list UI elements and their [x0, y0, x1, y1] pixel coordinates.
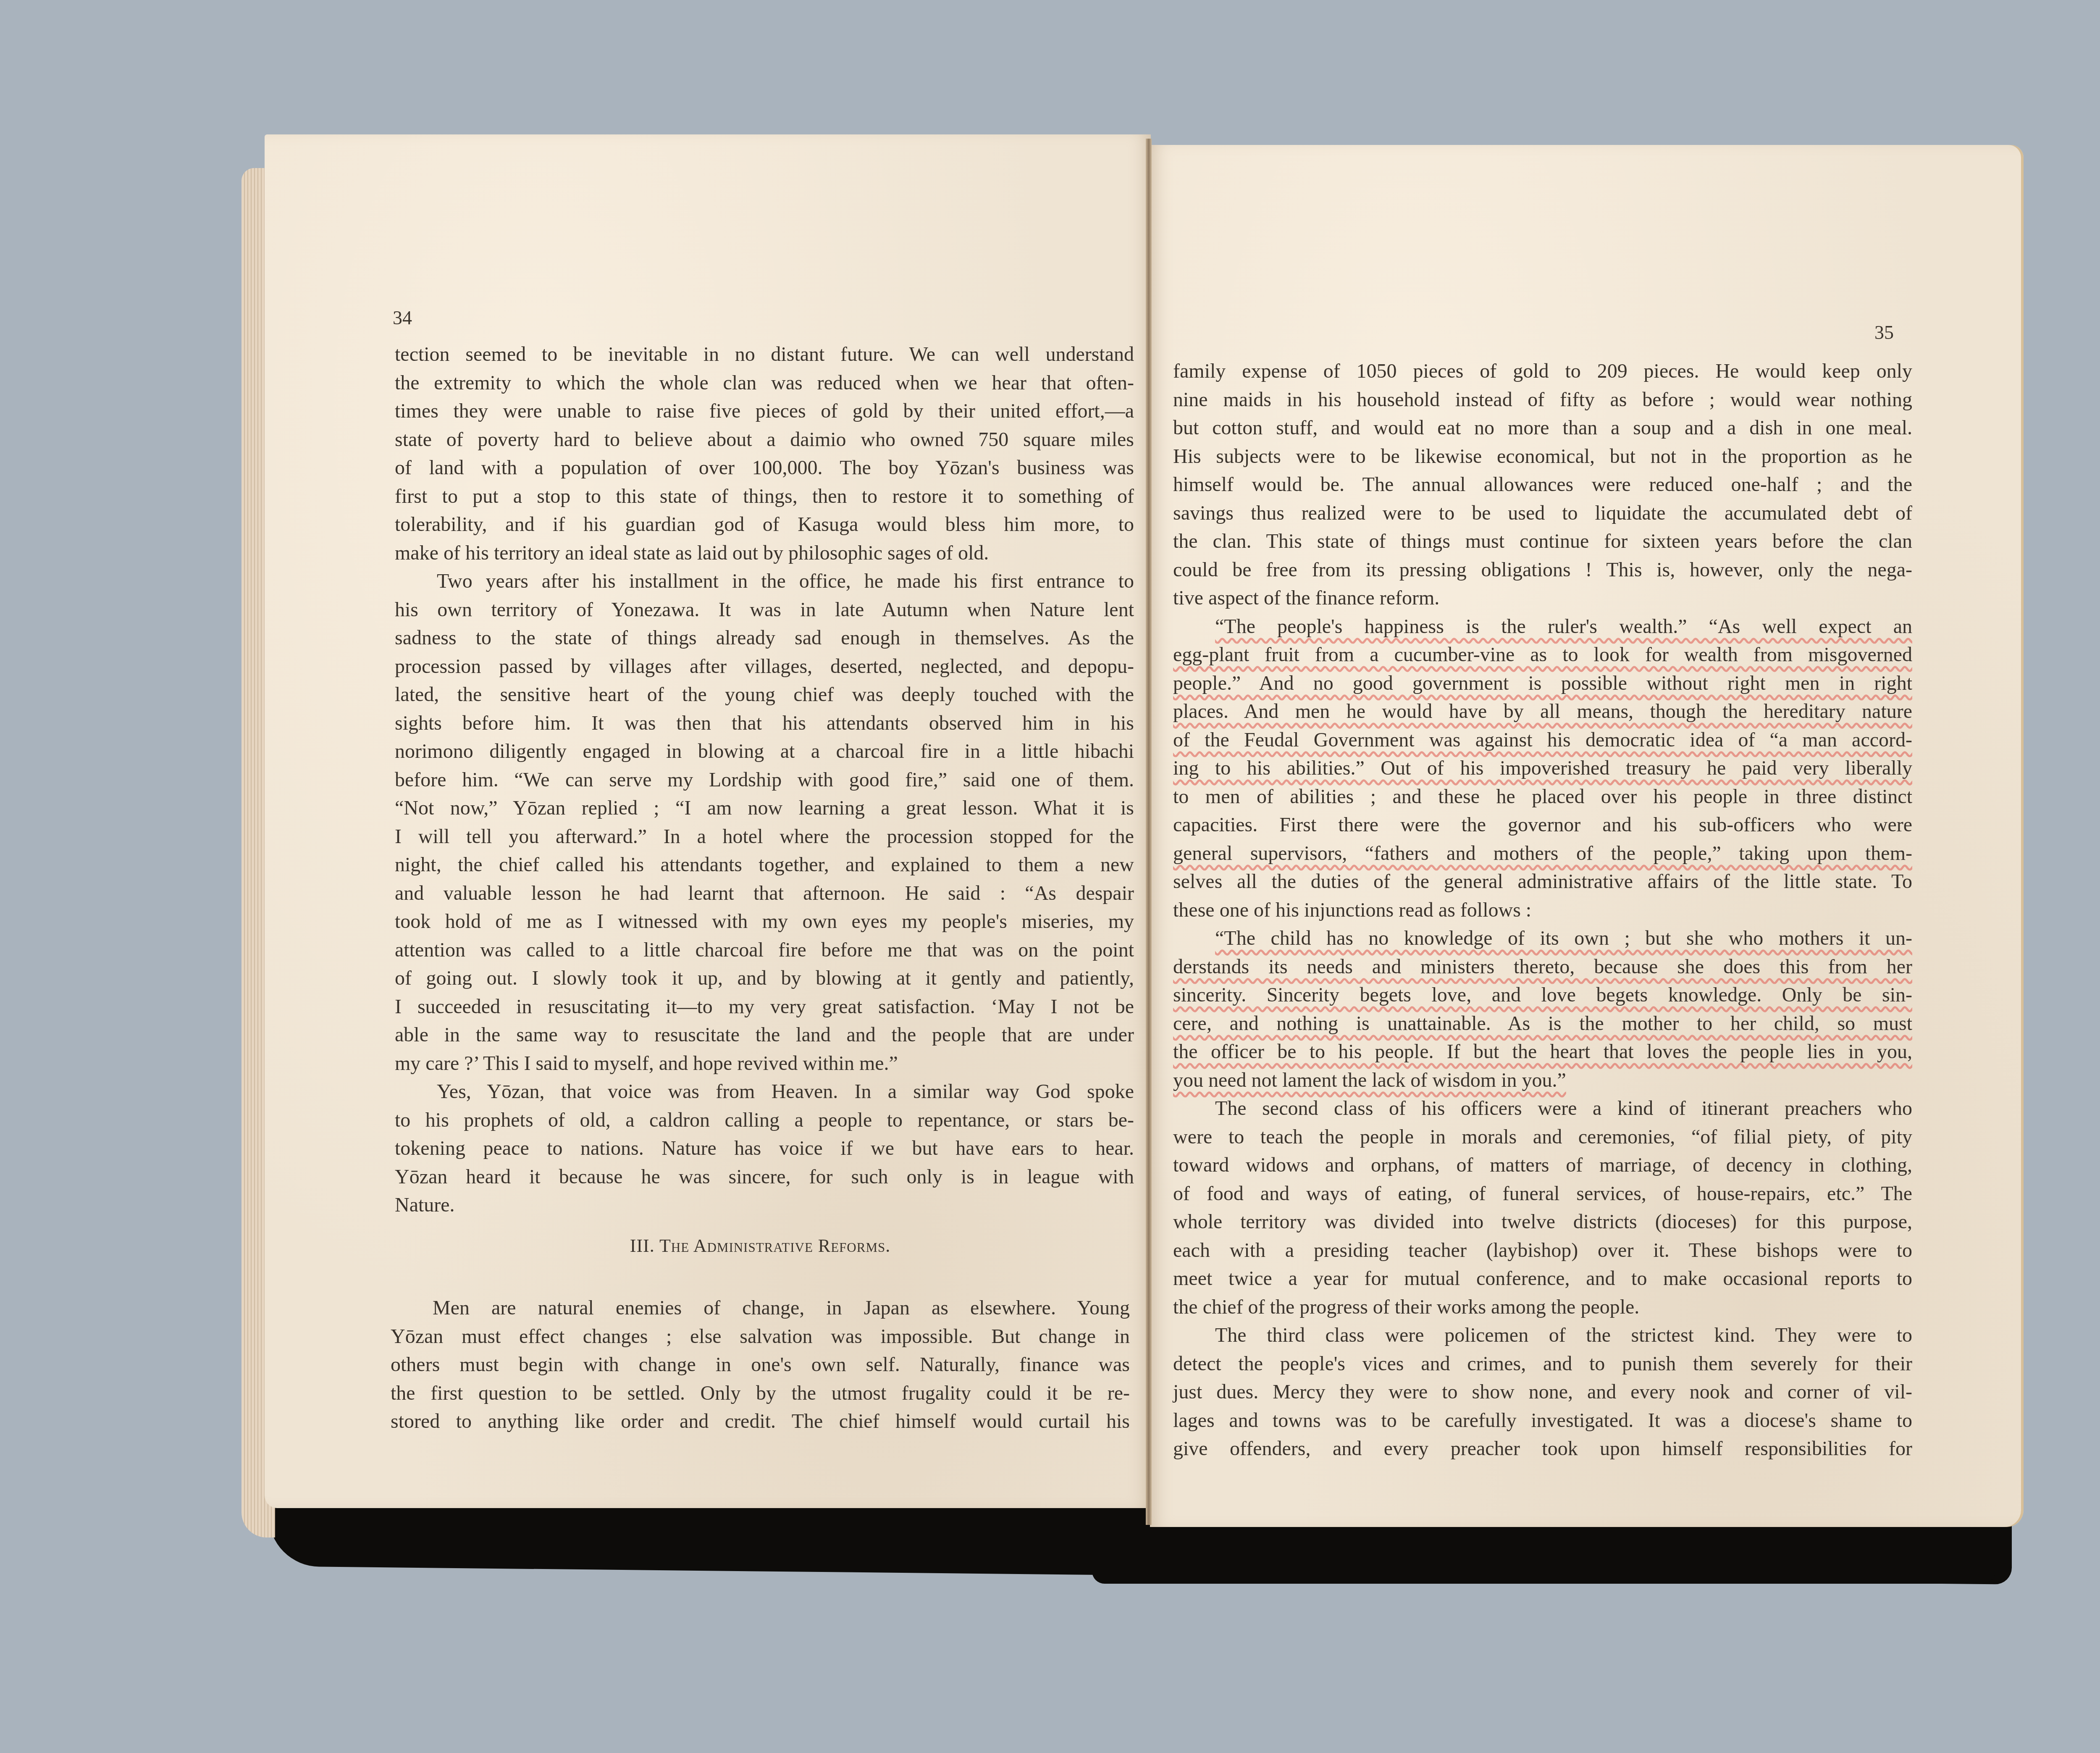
text-line: Yes, Yōzan, that voice was from Heaven. … — [395, 1078, 1134, 1106]
section-heading: III. The Administrative Reforms. — [391, 1235, 1130, 1256]
text-line: Men are natural enemies of change, in Ja… — [391, 1294, 1130, 1322]
text-line: “The child has no knowledge of its own ;… — [1173, 924, 1912, 953]
text-line: stored to anything like order and credit… — [391, 1407, 1130, 1436]
text-line: “Not now,” Yōzan replied ; “I am now lea… — [395, 794, 1134, 823]
text-line: took hold of me as I witnessed with my o… — [395, 907, 1134, 936]
text-line: sadness to the state of things already s… — [395, 624, 1134, 652]
text-line: before him. “We can serve my Lordship wi… — [395, 766, 1134, 794]
text-line: state of poverty hard to believe about a… — [395, 426, 1134, 454]
text-line: The third class were policemen of the st… — [1173, 1321, 1912, 1350]
text-line: selves all the duties of the general adm… — [1173, 867, 1912, 896]
text-line: times they were unable to raise five pie… — [395, 397, 1134, 426]
text-line: ing to his abilities.” Out of his impove… — [1173, 754, 1912, 783]
text-line: of food and ways of eating, of funeral s… — [1173, 1180, 1912, 1208]
text-line: tection seemed to be inevitable in no di… — [395, 340, 1134, 369]
text-line: The second class of his officers were a … — [1173, 1094, 1912, 1123]
text-line: to his prophets of old, a caldron callin… — [395, 1106, 1134, 1135]
page-number: 35 — [1874, 321, 1894, 344]
text-line: just dues. Mercy they were to show none,… — [1173, 1378, 1912, 1406]
text-line: make of his territory an ideal state as … — [395, 539, 1134, 568]
text-line: norimono diligently engaged in blowing a… — [395, 737, 1134, 766]
text-line: lated, the sensitive heart of the young … — [395, 681, 1134, 709]
text-line: and valuable lesson he had learnt that a… — [395, 879, 1134, 908]
text-line: tolerability, and if his guardian god of… — [395, 510, 1134, 539]
text-line: tive aspect of the finance reform. — [1173, 584, 1912, 612]
text-line: each with a presiding teacher (laybishop… — [1173, 1236, 1912, 1265]
left-page: 34 tection seemed to be inevitable in no… — [265, 134, 1151, 1508]
text-line: egg-plant fruit from a cucumber-vine as … — [1173, 641, 1912, 669]
right-page-body: family expense of 1050 pieces of gold to… — [1173, 357, 1912, 1463]
text-line: family expense of 1050 pieces of gold to… — [1173, 357, 1912, 386]
text-line: night, the chief called his attendants t… — [395, 851, 1134, 879]
text-line: you need not lament the lack of wisdom i… — [1173, 1066, 1912, 1095]
text-line: I succeeded in resuscitating it—to my ve… — [395, 993, 1134, 1021]
text-line: toward widows and orphans, of matters of… — [1173, 1151, 1912, 1180]
text-line: lages and towns was to be carefully inve… — [1173, 1406, 1912, 1435]
text-line: people.” And no good government is possi… — [1173, 669, 1912, 698]
text-line: derstands its needs and ministers theret… — [1173, 953, 1912, 981]
text-line: the extremity to which the whole clan wa… — [395, 369, 1134, 397]
text-line: of land with a population of over 100,00… — [395, 454, 1134, 482]
text-line: “The people's happiness is the ruler's w… — [1173, 612, 1912, 641]
text-line: the first question to be settled. Only b… — [391, 1379, 1130, 1408]
text-line: were to teach the people in morals and c… — [1173, 1123, 1912, 1151]
text-line: procession passed by villages after vill… — [395, 652, 1134, 681]
text-line: himself would be. The annual allowances … — [1173, 470, 1912, 499]
text-line: general supervisors, “fathers and mother… — [1173, 839, 1912, 868]
text-line: whole territory was divided into twelve … — [1173, 1208, 1912, 1236]
text-line: I will tell you afterward.” In a hotel w… — [395, 823, 1134, 851]
text-line: tokening peace to nations. Nature has vo… — [395, 1134, 1134, 1163]
right-page: 35 family expense of 1050 pieces of gold… — [1150, 145, 2024, 1527]
text-line: his own territory of Yonezawa. It was in… — [395, 596, 1134, 624]
left-page-body: tection seemed to be inevitable in no di… — [395, 340, 1134, 1219]
text-line: could be free from its pressing obligati… — [1173, 556, 1912, 584]
text-line: the clan. This state of things must cont… — [1173, 527, 1912, 556]
text-line: the officer be to his people. If but the… — [1173, 1038, 1912, 1066]
text-line: sincerity. Sincerity begets love, and lo… — [1173, 981, 1912, 1009]
text-line: nine maids in his household instead of f… — [1173, 386, 1912, 414]
page-number: 34 — [393, 307, 412, 329]
text-line: meet twice a year for mutual conference,… — [1173, 1264, 1912, 1293]
text-line: the chief of the progress of their works… — [1173, 1293, 1912, 1322]
text-line: of going out. I slowly took it up, and b… — [395, 964, 1134, 993]
left-page-body-after-heading: Men are natural enemies of change, in Ja… — [391, 1294, 1130, 1436]
text-line: His subjects were to be likewise economi… — [1173, 442, 1912, 471]
text-line: these one of his injunctions read as fol… — [1173, 896, 1912, 925]
text-line: to men of abilities ; and these he place… — [1173, 783, 1912, 811]
text-line: detect the people's vices and crimes, an… — [1173, 1350, 1912, 1378]
text-line: my care ?’ This I said to myself, and ho… — [395, 1049, 1134, 1078]
book-gutter — [1146, 139, 1152, 1525]
text-line: first to put a stop to this state of thi… — [395, 482, 1134, 511]
text-line: Yōzan heard it because he was sincere, f… — [395, 1163, 1134, 1191]
text-line: cere, and nothing is unattainable. As is… — [1173, 1009, 1912, 1038]
text-line: Nature. — [395, 1191, 1134, 1219]
text-line: attention was called to a little charcoa… — [395, 936, 1134, 965]
text-line: Yōzan must effect changes ; else salvati… — [391, 1322, 1130, 1351]
text-line: give offenders, and every preacher took … — [1173, 1435, 1912, 1463]
text-line: places. And men he would have by all mea… — [1173, 697, 1912, 726]
text-line: of the Feudal Government was against his… — [1173, 726, 1912, 754]
text-line: others must begin with change in one's o… — [391, 1351, 1130, 1379]
text-line: able in the same way to resuscitate the … — [395, 1021, 1134, 1049]
text-line: Two years after his installment in the o… — [395, 567, 1134, 596]
text-line: capacities. First there were the governo… — [1173, 811, 1912, 839]
text-line: sights before him. It was then that his … — [395, 709, 1134, 738]
text-line: savings thus realized were to be used to… — [1173, 499, 1912, 528]
text-line: but cotton stuff, and would eat no more … — [1173, 414, 1912, 442]
